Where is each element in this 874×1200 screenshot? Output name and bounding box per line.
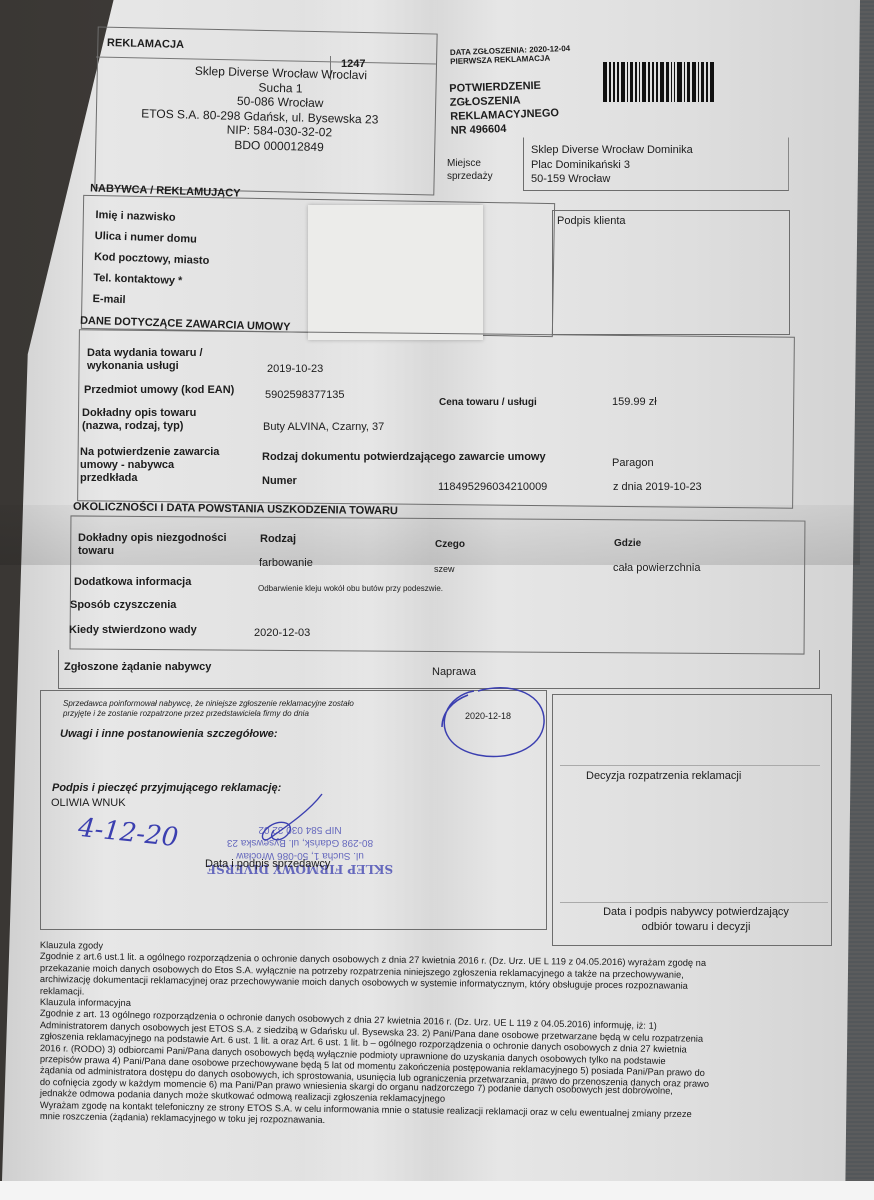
place-line: 50-159 Wrocław (531, 172, 693, 187)
field-email[interactable]: E-mail (92, 289, 208, 314)
label-line: Miejsce (447, 157, 493, 170)
gdpr-line: Klauzula zgody (40, 940, 103, 952)
barcode-bar (603, 62, 607, 102)
place-of-sale-label: Miejsce sprzedaży (447, 157, 493, 183)
client-signature-box (552, 210, 790, 335)
barcode-bar (630, 62, 633, 102)
request-value: Naprawa (432, 666, 476, 678)
defect-column-what: Czego (435, 539, 465, 550)
ean-label: Przedmiot umowy (kod EAN) (84, 384, 234, 396)
additional-info: Odbarwienie kleju wokół obu butów przy p… (258, 584, 443, 593)
proof-label: Na potwierdzenie zawarcia umowy - nabywc… (80, 446, 219, 485)
photo: REKLAMACJA 1247 Sklep Diverse Wrocław Wr… (0, 0, 874, 1181)
price: 159.99 zł (612, 396, 657, 408)
store-address: Sklep Diverse Wrocław Wroclavi Sucha 1 5… (149, 63, 411, 157)
document-date: z dnia 2019-10-23 (613, 481, 702, 493)
description-label: Dokładny opis towaru (nazwa, rodzaj, typ… (82, 407, 196, 433)
divider (560, 902, 828, 903)
detected-label: Kiedy stwierdzono wady (69, 624, 197, 636)
barcode-bar (639, 62, 640, 102)
defect-column-where: Gdzie (614, 538, 641, 549)
signature (240, 790, 330, 850)
issue-date-label: Data wydania towaru / wykonania usługi (87, 347, 203, 373)
decision-label: Decyzja rozpatrzenia reklamacji (586, 770, 741, 782)
barcode-bar (635, 62, 636, 102)
barcode-bar (652, 62, 655, 102)
barcode-bar (710, 62, 714, 102)
request-label: Zgłoszone żądanie nabywcy (64, 661, 211, 673)
gdpr-line: reklamacji. (40, 986, 85, 997)
place-line: Plac Dominikański 3 (531, 158, 693, 173)
buyer-fields: Imię i nazwisko Ulica i numer domu Kod p… (92, 205, 211, 314)
barcode-bar (660, 62, 664, 102)
label-line: przedkłada (80, 472, 219, 485)
label-line: Na potwierdzenie zawarcia (80, 446, 219, 459)
label-line: sprzedaży (447, 170, 493, 183)
defect-column-type: Rodzaj (260, 533, 296, 545)
label-line: Data i podpis nabywcy potwierdzający (566, 905, 826, 920)
place-line: Sklep Diverse Wrocław Dominika (531, 143, 693, 158)
barcode-bar (627, 62, 628, 102)
handwritten-circle (438, 683, 550, 763)
label-line: towaru (78, 545, 227, 558)
form-title: REKLAMACJA (107, 37, 184, 51)
barcode (603, 62, 753, 102)
place-of-sale: Sklep Diverse Wrocław Dominika Plac Domi… (531, 143, 693, 187)
ean: 5902598377135 (265, 389, 345, 401)
divider (560, 765, 820, 766)
label-line: wykonania usługi (87, 360, 203, 373)
barcode-bar (706, 62, 707, 102)
barcode-bar (648, 62, 649, 102)
description: Buty ALVINA, Czarny, 37 (263, 421, 384, 433)
label-line: umowy - nabywca (80, 459, 219, 472)
barcode-bar (674, 62, 675, 102)
defect-description-label: Dokładny opis niezgodności towaru (78, 532, 227, 558)
barcode-bar (656, 62, 657, 102)
barcode-bar (692, 62, 696, 102)
barcode-bar (621, 62, 625, 102)
gdpr-line: Klauzula informacyjna (40, 997, 131, 1009)
barcode-bar (671, 62, 672, 102)
confirmation-title: POTWIERDZENIE ZGŁOSZENIA REKLAMACYJNEGO … (449, 78, 560, 138)
document-number: 118495296034210009 (438, 481, 547, 493)
price-label: Cena towaru / usługi (439, 397, 537, 408)
barcode-bar (642, 62, 646, 102)
seller-signature-label: Data i podpis sprzedawcy (205, 858, 330, 870)
barcode-bar (687, 62, 690, 102)
buyer-confirmation-label: Data i podpis nabywcy potwierdzający odb… (566, 905, 826, 935)
document-type: Paragon (612, 457, 654, 469)
document-type-label: Rodzaj dokumentu potwierdzającego zawarc… (262, 451, 546, 463)
remarks-label: Uwagi i inne postanowienia szczegółowe: (60, 728, 278, 740)
barcode-bar (609, 62, 610, 102)
label-line: Data wydania towaru / (87, 347, 203, 360)
cleaning-label: Sposób czyszczenia (70, 599, 176, 611)
defect-where: cała powierzchnia (613, 562, 700, 574)
barcode-bar (666, 62, 669, 102)
barcode-bar (701, 62, 704, 102)
issue-date: 2019-10-23 (267, 363, 323, 375)
barcode-bar (684, 62, 685, 102)
receiver-name: OLIWIA WNUK (51, 797, 126, 809)
notice-line: Sprzedawca poinformował nabywcę, że nini… (63, 699, 354, 709)
client-signature-label: Podpis klienta (557, 215, 626, 227)
barcode-bar (613, 62, 616, 102)
barcode-bar (698, 62, 699, 102)
number-label: Numer (262, 475, 297, 487)
redaction-sticker (308, 205, 483, 340)
defect-what: szew (434, 564, 455, 574)
acceptance-notice: Sprzedawca poinformował nabywcę, że nini… (63, 699, 354, 719)
detected-date: 2020-12-03 (254, 627, 310, 639)
label-line: (nazwa, rodzaj, typ) (82, 420, 196, 433)
additional-info-label: Dodatkowa informacja (74, 576, 191, 588)
label-line: Dokładny opis niezgodności (78, 532, 227, 545)
label-line: odbiór towaru i decyzji (566, 920, 826, 935)
barcode-bar (617, 62, 618, 102)
notice-line: przyjęte i że zostanie rozpatrzone przez… (63, 709, 354, 719)
defect-type: farbowanie (259, 557, 313, 569)
barcode-bar (677, 62, 681, 102)
label-line: Dokładny opis towaru (82, 407, 196, 420)
